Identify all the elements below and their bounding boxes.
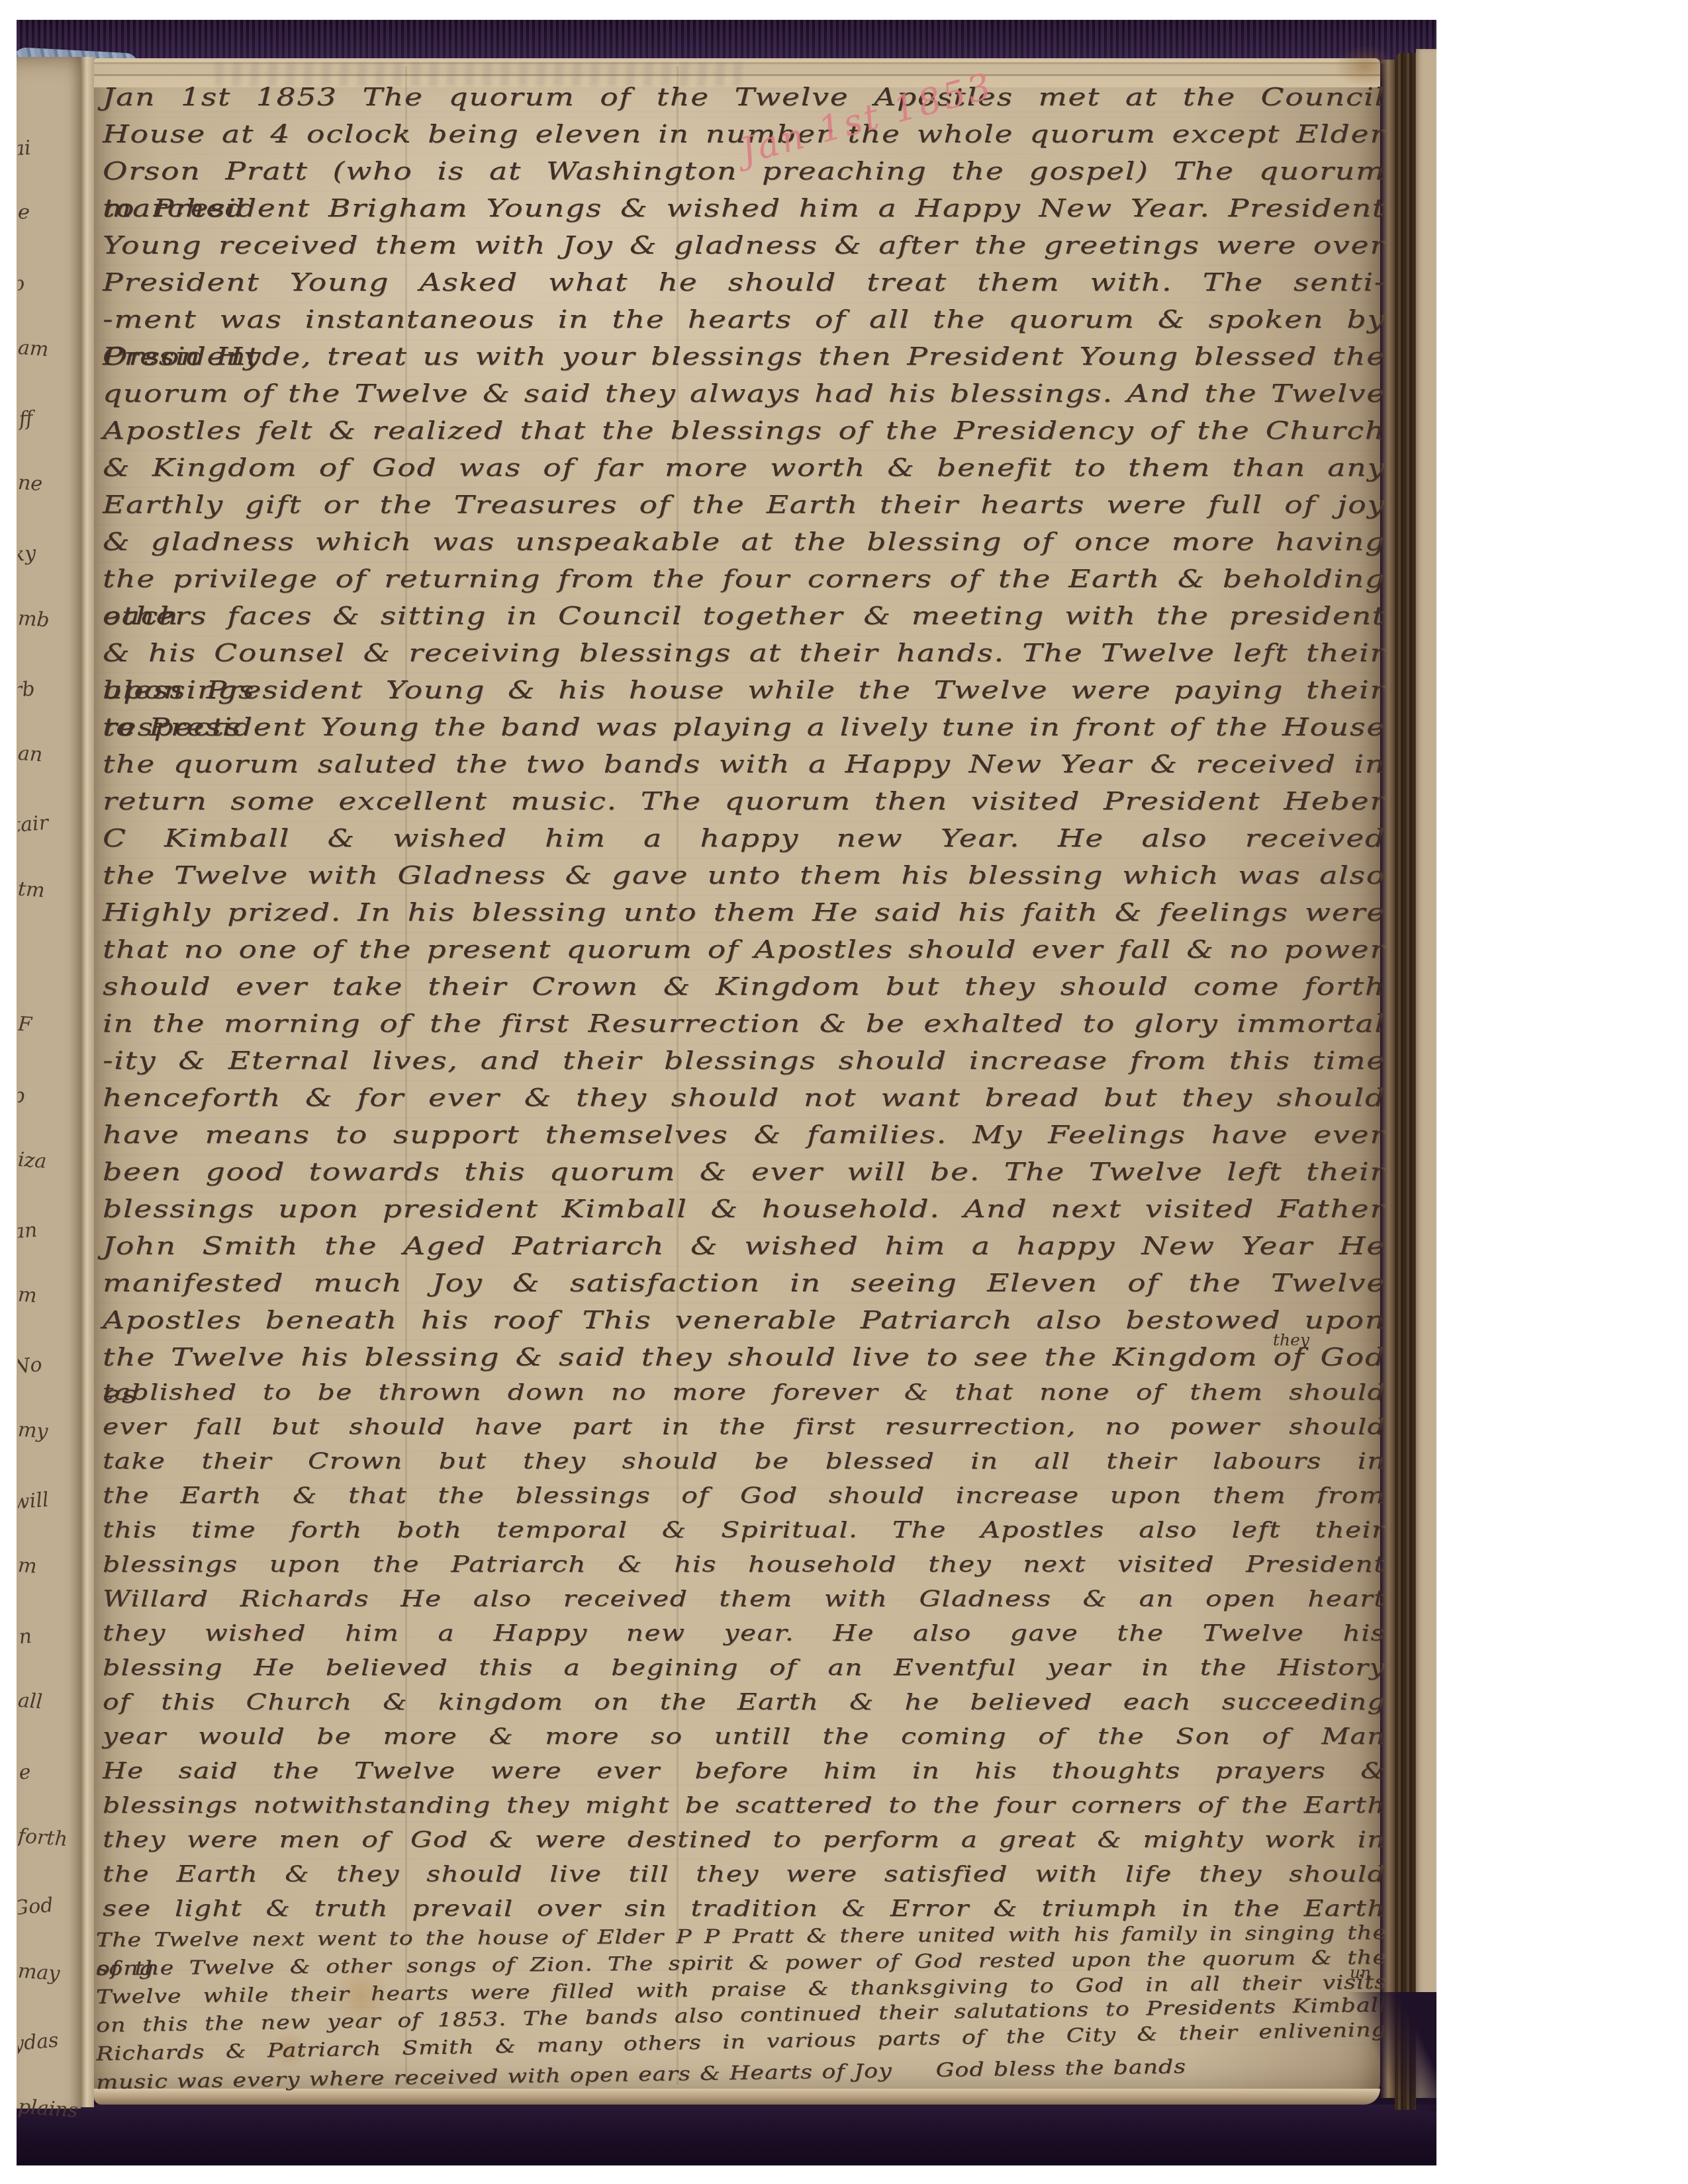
edge-text-fragment: plains (18, 2095, 79, 2120)
manuscript-line: Highly prized. In his blessing unto them… (103, 893, 1385, 931)
edge-text-fragment: ai (18, 135, 79, 161)
edge-text-fragment: may (18, 1960, 79, 1987)
manuscript-line: that no one of the present quorum of Apo… (103, 931, 1385, 968)
manuscript-line: to President Young the band was playing … (103, 708, 1385, 745)
edge-text-fragment: e (18, 201, 79, 228)
closing-blessing: God bless the bands (935, 2055, 1186, 2081)
edge-text-fragment: m (18, 1283, 79, 1310)
manuscript-line: to President Brigham Youngs & wished him… (103, 189, 1385, 226)
manuscript-line: they were men of God & were destined to … (103, 1823, 1385, 1857)
edge-text-fragment: m (18, 1554, 79, 1581)
manuscript-line: blessing He believed this a begining of … (103, 1651, 1385, 1685)
manuscript-line: blessings notwithstanding they might be … (103, 1788, 1385, 1823)
manuscript-line: the Earth & they should live till they w… (103, 1857, 1385, 1891)
manuscript-line: -ity & Eternal lives, and their blessing… (103, 1042, 1385, 1079)
manuscript-line: C Kimball & wished him a happy new Year.… (103, 819, 1385, 856)
edge-text-fragment: rb (18, 674, 79, 703)
manuscript-line: been good towards this quorum & ever wil… (103, 1153, 1385, 1190)
page-stack-dark-edge (1395, 53, 1416, 2110)
manuscript-line: Apostles beneath his roof This venerable… (103, 1301, 1385, 1338)
edge-text-fragment: mb (18, 606, 79, 633)
manuscript-line: & gladness which was unspeakable at the … (103, 523, 1385, 560)
edge-text-fragment: forth (18, 1825, 79, 1852)
next-page-fore-edge: t h te f ro ik w fo my co g vi s ta wh r… (1416, 49, 1436, 2098)
scanned-journal-photo: { "page": { "annotation_red_text": "Jan … (0, 0, 1688, 2184)
manuscript-line: President Young Asked what he should tre… (103, 263, 1385, 300)
manuscript-line: year would be more & more so untill the … (103, 1719, 1385, 1754)
edge-text-fragment: all (18, 1689, 79, 1716)
manuscript-line: take their Crown but they should be bles… (103, 1444, 1385, 1479)
manuscript-line: Orson Hyde, treat us with your blessings… (103, 338, 1385, 375)
manuscript-line: Apostles felt & realized that the blessi… (103, 412, 1385, 449)
manuscript-line: have means to support themselves & famil… (103, 1116, 1385, 1153)
manuscript-line: the Earth & that the blessings of God sh… (103, 1479, 1385, 1513)
book-scan: ai e o am iff ne ky mb rb an tair tm l F… (17, 20, 1436, 2165)
edge-text-fragment: am (18, 336, 79, 363)
edge-text-fragment: ky (18, 538, 79, 567)
edge-text-fragment: ydas (18, 2026, 79, 2056)
edge-text-fragment: God (18, 1891, 79, 1921)
manuscript-line: henceforth & for ever & they should not … (103, 1079, 1385, 1116)
edge-text-fragment: o (18, 267, 79, 296)
previous-page-line-endings: ai e o am iff ne ky mb rb an tair tm l F… (18, 135, 79, 2120)
manuscript-line: Earthly gift or the Treasures of the Ear… (103, 486, 1385, 523)
manuscript-line: -ment was instantaneous in the hearts of… (103, 300, 1385, 338)
manuscript-text: Jan 1st 1853 The quorum of the Twelve Ap… (103, 78, 1172, 2097)
manuscript-line: & his Counsel & receiving blessings at t… (103, 634, 1385, 671)
manuscript-line: of this Church & kingdom on the Earth & … (103, 1685, 1385, 1719)
manuscript-line: upon President Young & his house while t… (103, 671, 1385, 708)
manuscript-line: blessings upon president Kimball & house… (103, 1190, 1385, 1227)
manuscript-line: the quorum saluted the two bands with a … (103, 745, 1385, 782)
manuscript-line: return some excellent music. The quorum … (103, 782, 1385, 819)
manuscript-line: manifested much Joy & satisfaction in se… (103, 1264, 1385, 1301)
manuscript-line: the Twelve with Gladness & gave unto the… (103, 856, 1385, 893)
manuscript-line: Jan 1st 1853 The quorum of the Twelve Ap… (103, 78, 1385, 115)
manuscript-line: the Twelve his blessing & said they shou… (103, 1338, 1385, 1375)
manuscript-line: John Smith the Aged Patriarch & wished h… (103, 1227, 1385, 1264)
manuscript-line: Willard Richards He also received them w… (103, 1582, 1385, 1616)
edge-text-fragment: an (18, 742, 79, 769)
interlinear-insertion: they (1273, 1330, 1309, 1349)
edge-text-fragment: No (18, 1350, 79, 1379)
edge-text-fragment: F (18, 1013, 79, 1040)
edge-text-fragment: iza (18, 1148, 79, 1175)
manuscript-line: & Kingdom of God was of far more worth &… (103, 449, 1385, 486)
edge-text-fragment: an (18, 1214, 79, 1244)
edge-text-fragment: l (18, 944, 79, 974)
manuscript-line: He said the Twelve were ever before him … (103, 1754, 1385, 1788)
edge-text-fragment: b (18, 1079, 79, 1109)
edge-text-fragment: will (18, 1485, 79, 1514)
edge-text-fragment: tair (18, 809, 79, 838)
manuscript-line: ever fall but should have part in the fi… (103, 1410, 1385, 1444)
edge-text-fragment: ne (18, 471, 79, 498)
edge-text-fragment: iff (18, 403, 79, 432)
previous-page-edge: ai e o am iff ne ky mb rb an tair tm l F… (17, 57, 81, 2109)
gutter-crease (81, 57, 94, 2107)
bottom-right-shadow (1347, 1992, 1436, 2111)
manuscript-line: quorum of the Twelve & said they always … (103, 375, 1385, 412)
manuscript-line: in the morning of the first Resurrection… (103, 1005, 1385, 1042)
page-right-edge-shadow (1380, 60, 1395, 2098)
edge-text-fragment: my (18, 1418, 79, 1445)
manuscript-line: the privilege of returning from the four… (103, 560, 1385, 597)
book-cover-top-edge (17, 20, 1436, 64)
edge-text-fragment: tm (18, 877, 79, 904)
edge-text-fragment: in (18, 1621, 79, 1650)
manuscript-line: blessings upon the Patriarch & his house… (103, 1547, 1385, 1582)
manuscript-line: tablished to be thrown down no more fore… (103, 1375, 1385, 1410)
manuscript-line: Young received them with Joy & gladness … (103, 226, 1385, 263)
manuscript-line: they wished him a Happy new year. He als… (103, 1616, 1385, 1651)
book-cover-bottom-edge (17, 2105, 1436, 2165)
manuscript-line: should ever take their Crown & Kingdom b… (103, 968, 1385, 1005)
manuscript-line: others faces & sitting in Council togeth… (103, 597, 1385, 634)
interlinear-insertion: un (1350, 1963, 1371, 1982)
edge-text-fragment: le (18, 1756, 79, 1785)
manuscript-line: this time forth both temporal & Spiritua… (103, 1513, 1385, 1547)
